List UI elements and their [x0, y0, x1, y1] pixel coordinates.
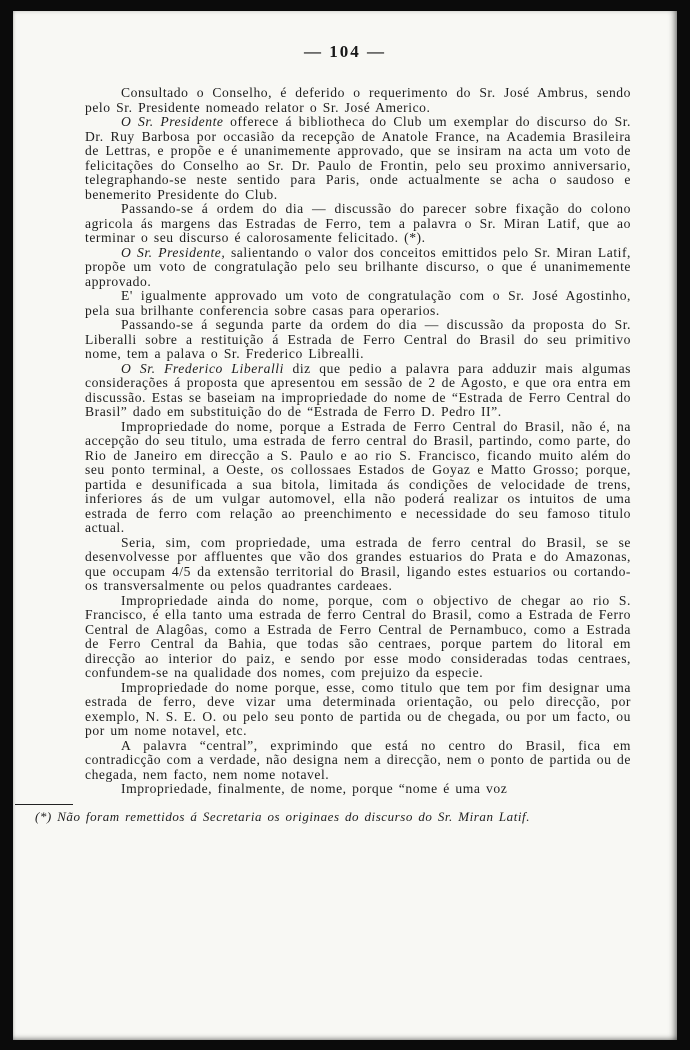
paragraph: Consultado o Conselho, é deferido o requ… [85, 86, 631, 115]
paragraph: Impropriedade, finalmente, de nome, porq… [85, 782, 631, 797]
scan-background: — 104 — Consultado o Conselho, é deferid… [0, 0, 690, 1050]
footnote-text: (*) Não foram remettidos á Secretaria os… [13, 809, 559, 824]
text-run: Seria, sim, com propriedade, uma estrada… [85, 535, 631, 594]
italic-text-run: O Sr. Presidente, [121, 245, 225, 260]
page-number: — 104 — [13, 11, 677, 62]
text-run: A palavra “central”, exprimindo que está… [85, 738, 631, 782]
paragraph: O Sr. Presidente offerece á bibliotheca … [85, 115, 631, 202]
paragraph: A palavra “central”, exprimindo que está… [85, 739, 631, 783]
text-run: Passando-se á ordem do dia — discussão d… [85, 201, 631, 245]
text-block: Consultado o Conselho, é deferido o requ… [85, 86, 631, 797]
text-run: E' igualmente approvado um voto de congr… [85, 288, 631, 318]
paragraph: E' igualmente approvado um voto de congr… [85, 289, 631, 318]
footnote-rule [15, 804, 73, 805]
text-run: Impropriedade, finalmente, de nome, porq… [121, 781, 507, 796]
paragraph: O Sr. Presidente, salientando o valor do… [85, 246, 631, 290]
paragraph: Impropriedade do nome porque, esse, como… [85, 681, 631, 739]
paragraph: Passando-se á segunda parte da ordem do … [85, 318, 631, 362]
text-run: Consultado o Conselho, é deferido o requ… [85, 85, 631, 115]
paragraph: O Sr. Frederico Liberalli diz que pedio … [85, 362, 631, 420]
paragraph: Impropriedade ainda do nome, porque, com… [85, 594, 631, 681]
text-run: Passando-se á segunda parte da ordem do … [85, 317, 631, 361]
italic-text-run: O Sr. Presidente [121, 114, 224, 129]
text-run: Impropriedade do nome porque, esse, como… [85, 680, 631, 739]
paragraph: Passando-se á ordem do dia — discussão d… [85, 202, 631, 246]
text-run: Impropriedade ainda do nome, porque, com… [85, 593, 631, 681]
italic-text-run: O Sr. Frederico Liberalli [121, 361, 284, 376]
italic-text-run: (*) Não foram remettidos á Secretaria os… [35, 809, 530, 824]
paragraph: Impropriedade do nome, porque a Estrada … [85, 420, 631, 536]
text-run: Impropriedade do nome, porque a Estrada … [85, 419, 631, 536]
paragraph: Seria, sim, com propriedade, uma estrada… [85, 536, 631, 594]
document-page: — 104 — Consultado o Conselho, é deferid… [13, 11, 677, 1040]
